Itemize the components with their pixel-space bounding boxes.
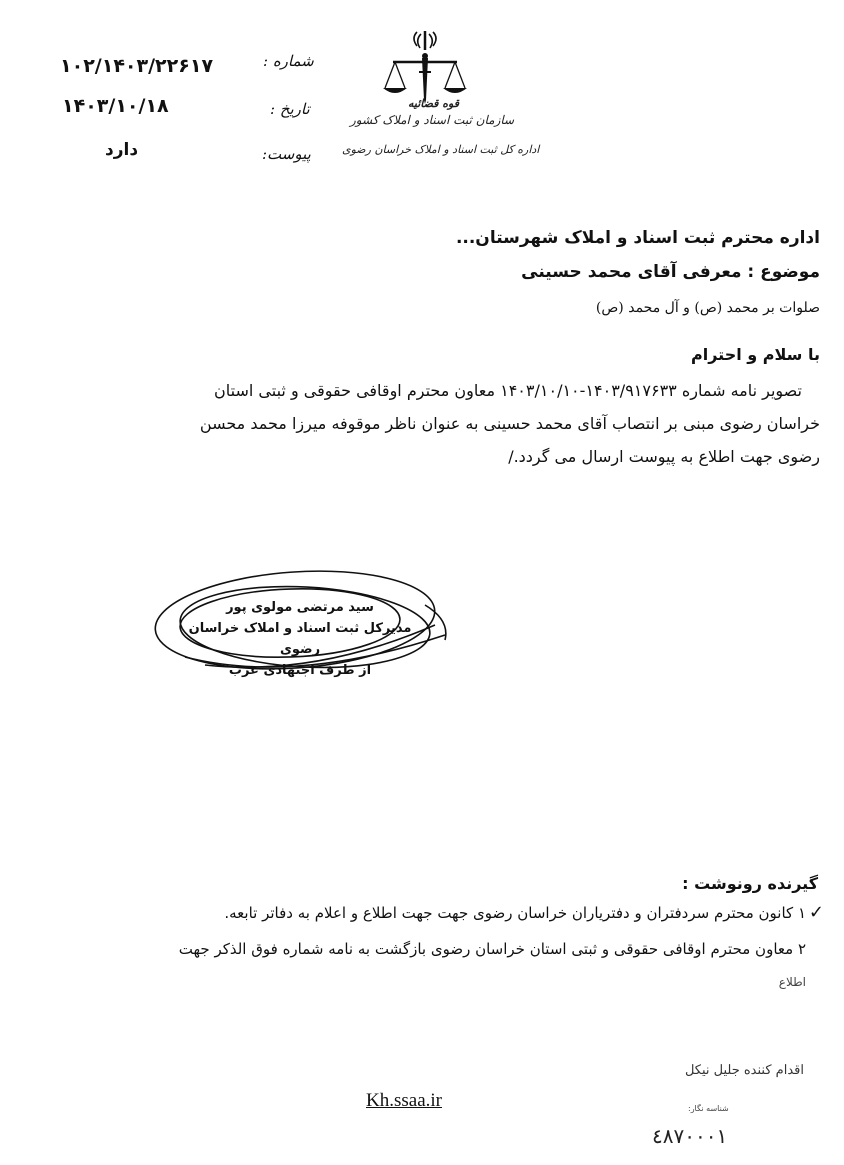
salawat-line: صلوات بر محمد (ص) و آل محمد (ص) [596,300,820,316]
signatory-title: مدیرکل ثبت اسناد و املاک خراسان رضوی [180,618,420,660]
org-judiciary: قوه قضائیه [408,97,459,110]
website-link[interactable]: Kh.ssaa.ir [366,1090,442,1112]
body-line-3: رضوی جهت اطلاع به پیوست ارسال می گردد./ [20,440,820,473]
letter-number-value: ۱۰۲/۱۴۰۳/۲۲۶۱۷ [60,55,213,77]
action-by: اقدام کننده جلیل نیکل [685,1063,804,1078]
greeting: با سلام و احترام [691,345,820,364]
tracking-label: شناسه نگار: [688,1104,729,1113]
signatory-name: سید مرتضی مولوی پور [180,597,420,618]
letter-date-value: ۱۴۰۳/۱۰/۱۸ [62,95,169,117]
letter-date-label: تاریخ : [270,100,310,118]
letter-body: تصویر نامه شماره ۱۴۰۳/۹۱۷۶۳۳-۱۴۰۳/۱۰/۱۰ … [20,374,820,473]
cc-title: گیرنده رونوشت : [682,874,818,893]
body-line-2: خراسان رضوی مبنی بر انتصاب آقای محمد حسی… [20,407,820,440]
org-general-office: اداره کل ثبت اسناد و املاک خراسان رضوی [342,143,539,156]
recipient-heading: اداره محترم ثبت اسناد و املاک شهرستان... [456,228,820,248]
org-registration-organization: سازمان ثبت اسناد و املاک کشور [350,113,514,127]
cc-item-2-continued: اطلاع [779,975,806,989]
attachment-value: دارد [105,140,138,160]
tracking-code: ٤٨٧٠٠٠١ [652,1124,727,1148]
body-line-1: تصویر نامه شماره ۱۴۰۳/۹۱۷۶۳۳-۱۴۰۳/۱۰/۱۰ … [20,374,820,407]
letter-number-label: شماره : [263,52,314,70]
subject-line: موضوع : معرفی آقای محمد حسینی [521,262,820,282]
checkmark-icon: ✓ [809,902,824,923]
signature-block: سید مرتضی مولوی پور مدیرکل ثبت اسناد و ا… [180,597,420,681]
attachment-label: پیوست: [262,145,311,163]
cc-item-2: ۲ معاون محترم اوقافی حقوقی و ثبتی استان … [179,940,806,958]
signatory-on-behalf: از طرف اجتهادی عرب [180,660,420,681]
cc-item-1: ۱ کانون محترم سردفتران و دفتریاران خراسا… [224,904,806,922]
